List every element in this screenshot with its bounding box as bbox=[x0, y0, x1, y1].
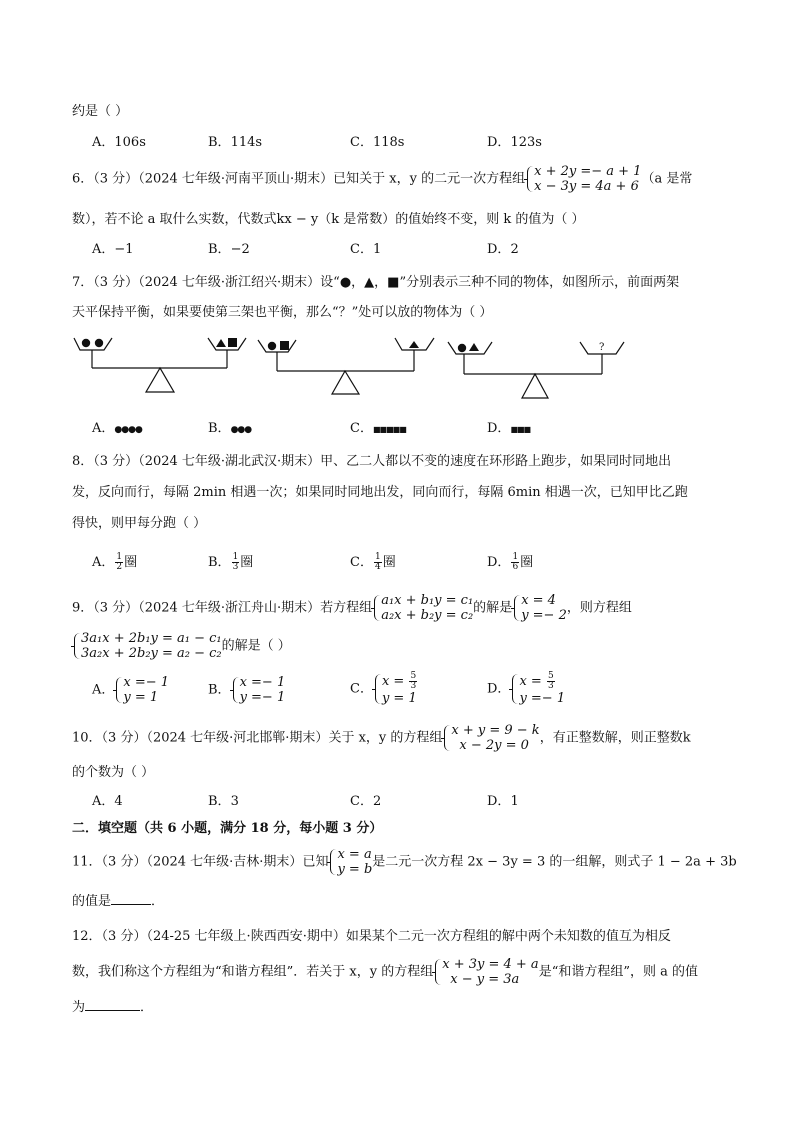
q10-equation-system: x + y = 9 − kx − 2y = 0 bbox=[442, 723, 539, 753]
q9-option-a[interactable]: A．x =− 1y = 1 bbox=[92, 675, 169, 705]
balance-scales-diagram: ? bbox=[70, 330, 650, 410]
circle-icon bbox=[458, 344, 466, 352]
q8-line-3: 得快，则甲每分跑（ ） bbox=[72, 515, 206, 533]
q6-stem-text: 已知关于 x，y 的二元一次方程组 bbox=[333, 172, 525, 187]
q9-option-c[interactable]: C．x = 53y = 1 bbox=[350, 672, 418, 706]
q6-equation-system: x + 2y =− a + 1x − 3y = 4a + 6 bbox=[525, 164, 641, 194]
q12-stem: 12．（3 分）（24-25 七年级上·陕西西安·期中）如果某个二元一次方程组的… bbox=[72, 928, 671, 946]
square-icon bbox=[280, 341, 289, 350]
q10-stem: 10．（3 分）（2024 七年级·河北邯郸·期末）关于 x，y 的方程组x +… bbox=[72, 723, 691, 753]
q7-stem-text: 设“●，▲，■”分别表示三种不同的物体，如图所示，前面两架 bbox=[320, 275, 679, 290]
q9-equation-system-2: 3a₁x + 2b₁y = a₁ − c₁3a₂x + 2b₂y = a₂ − … bbox=[72, 631, 222, 661]
q5-option-a[interactable]: A．106s bbox=[92, 134, 146, 152]
q7-option-b[interactable]: B．●●● bbox=[208, 420, 251, 439]
q11-stem: 11．（3 分）（2024 七年级·吉林·期末）已知x = ay = b是二元一… bbox=[72, 847, 737, 877]
question-mark-icon: ? bbox=[599, 342, 604, 353]
triangle-icon bbox=[409, 341, 419, 348]
q9-source: （2024 七年级·浙江舟山·期末） bbox=[138, 601, 320, 616]
q6-source: （2024 七年级·河南平顶山·期末） bbox=[138, 172, 333, 187]
triangle-icon bbox=[469, 343, 479, 351]
q7-option-c[interactable]: C．■■■■■ bbox=[350, 420, 406, 439]
q6-option-a[interactable]: A．−1 bbox=[92, 241, 134, 259]
q7-option-d[interactable]: D．■■■ bbox=[487, 420, 530, 439]
q11-number: 11． bbox=[72, 855, 102, 870]
q10-option-a[interactable]: A．4 bbox=[92, 793, 123, 811]
q7-stem: 7．（3 分）（2024 七年级·浙江绍兴·期末）设“●，▲，■”分别表示三种不… bbox=[72, 274, 679, 292]
q8-score: （3 分） bbox=[93, 454, 138, 469]
q7-number: 7． bbox=[72, 275, 93, 290]
q8-stem-text: 甲、乙二人都以不变的速度在环形路上跑步，如果同时同地出 bbox=[320, 454, 671, 469]
q9-number: 9． bbox=[72, 601, 93, 616]
q8-option-b[interactable]: B．13圈 bbox=[208, 553, 253, 572]
q5-option-b[interactable]: B．114s bbox=[208, 134, 262, 152]
q9-line-2: 3a₁x + 2b₁y = a₁ − c₁3a₂x + 2b₂y = a₂ − … bbox=[72, 631, 291, 661]
q8-source: （2024 七年级·湖北武汉·期末） bbox=[138, 454, 320, 469]
q12-line-3: 为． bbox=[72, 998, 153, 1017]
q10-score: （3 分） bbox=[102, 731, 147, 746]
q9-stem: 9．（3 分）（2024 七年级·浙江舟山·期末）若方程组a₁x + b₁y =… bbox=[72, 593, 632, 623]
q6-stem: 6．（3 分）（2024 七年级·河南平顶山·期末）已知关于 x，y 的二元一次… bbox=[72, 164, 692, 194]
circle-icon bbox=[95, 339, 103, 347]
triangle-icon bbox=[216, 339, 226, 347]
q7-source: （2024 七年级·浙江绍兴·期末） bbox=[138, 275, 320, 290]
q7-line-2: 天平保持平衡，如果要使第三架也平衡，那么“？”处可以放的物体为（ ） bbox=[72, 304, 492, 322]
q6-number: 6． bbox=[72, 172, 93, 187]
q6-option-d[interactable]: D．2 bbox=[487, 241, 519, 259]
q10-number: 10． bbox=[72, 731, 102, 746]
section-title-fill-in: 二．填空题（共 6 小题，满分 18 分，每小题 3 分） bbox=[72, 820, 382, 838]
q12-score: （3 分） bbox=[102, 929, 147, 944]
q5-option-d[interactable]: D．123s bbox=[487, 134, 542, 152]
q8-stem: 8．（3 分）（2024 七年级·湖北武汉·期末）甲、乙二人都以不变的速度在环形… bbox=[72, 453, 671, 471]
q9-equation-system-1: a₁x + b₁y = c₁a₂x + b₂y = c₂ bbox=[372, 593, 473, 623]
q12-answer-blank[interactable] bbox=[85, 998, 140, 1011]
q5-continuation: 约是（ ） bbox=[72, 103, 128, 121]
q7-option-a[interactable]: A．●●●● bbox=[92, 420, 142, 439]
q9-option-b[interactable]: B．x =− 1y =− 1 bbox=[208, 675, 285, 705]
q11-line-2: 的值是． bbox=[72, 892, 164, 911]
q12-source: （24-25 七年级上·陕西西安·期中） bbox=[146, 929, 345, 944]
q10-source: （2024 七年级·河北邯郸·期末） bbox=[146, 731, 328, 746]
q10-option-b[interactable]: B．3 bbox=[208, 793, 239, 811]
q6-option-b[interactable]: B．−2 bbox=[208, 241, 250, 259]
q8-option-c[interactable]: C．14圈 bbox=[350, 553, 396, 572]
q12-line-2: 数，我们称这个方程组为“和谐方程组”．若关于 x，y 的方程组x + 3y = … bbox=[72, 957, 698, 987]
q9-solution-system: x = 4y =− 2 bbox=[512, 593, 567, 623]
q11-answer-blank[interactable] bbox=[111, 892, 151, 905]
q7-score: （3 分） bbox=[93, 275, 138, 290]
q8-option-d[interactable]: D．16圈 bbox=[487, 553, 533, 572]
q12-equation-system: x + 3y = 4 + ax − y = 3a bbox=[433, 957, 538, 987]
circle-icon bbox=[268, 342, 276, 350]
q8-line-2: 发，反向而行，每隔 2min 相遇一次；如果同时同地出发，同向而行，每隔 6mi… bbox=[72, 484, 688, 502]
q12-number: 12． bbox=[72, 929, 102, 944]
q10-option-c[interactable]: C．2 bbox=[350, 793, 381, 811]
square-icon bbox=[228, 338, 237, 347]
q8-number: 8． bbox=[72, 454, 93, 469]
circle-icon bbox=[82, 339, 90, 347]
q5-option-c[interactable]: C．118s bbox=[350, 134, 404, 152]
q11-score: （3 分） bbox=[102, 855, 147, 870]
q11-equation-system: x = ay = b bbox=[328, 847, 372, 877]
q6-stem-text-2: （a 是常 bbox=[641, 172, 692, 187]
exam-page: 约是（ ） A．106s B．114s C．118s D．123s 6．（3 分… bbox=[0, 0, 793, 1122]
q9-option-d[interactable]: D．x = 53y =− 1 bbox=[487, 672, 565, 706]
q8-option-a[interactable]: A．12圈 bbox=[92, 553, 137, 572]
q10-line-2: 的个数为（ ） bbox=[72, 764, 154, 782]
q6-score: （3 分） bbox=[93, 172, 138, 187]
q11-source: （2024 七年级·吉林·期末） bbox=[146, 855, 302, 870]
q10-option-d[interactable]: D．1 bbox=[487, 793, 519, 811]
q6-option-c[interactable]: C．1 bbox=[350, 241, 381, 259]
q9-score: （3 分） bbox=[93, 601, 138, 616]
q6-line-2: 数），若不论 a 取什么实数，代数式kx − y（k 是常数）的值始终不变，则 … bbox=[72, 211, 585, 229]
